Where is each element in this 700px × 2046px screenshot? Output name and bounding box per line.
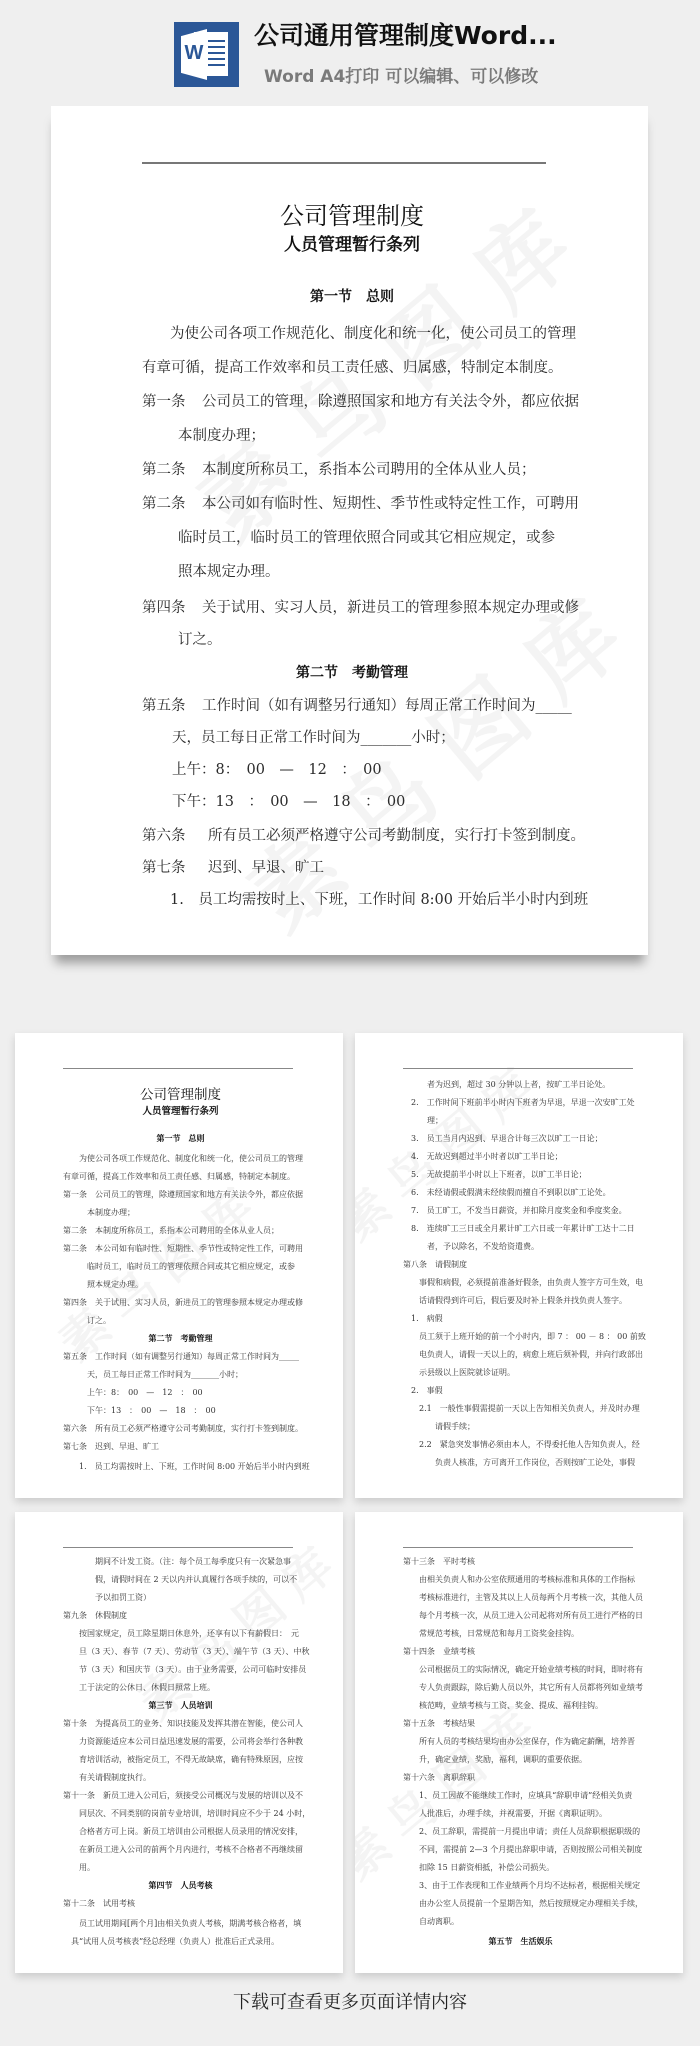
text-line: 请假手续；	[403, 1421, 475, 1432]
paragraph-line: 有章可循，提高工作效率和员工责任感、归属感，特制定本制度。	[142, 356, 563, 377]
text-line: 第九条 休假制度	[63, 1610, 127, 1621]
article-line: 天，员工每日正常工作时间为_______小时；	[172, 726, 455, 747]
text-line: 员工试用期间[两个月]由相关负责人考核，期满考核合格者，填	[63, 1918, 301, 1929]
article-line: 第一条公司员工的管理，除遵照国家和地方有关法令外，都应依据	[142, 390, 579, 411]
text-line: 7. 员工旷工，不发当日薪资，并扣除月度奖金和季度奖金。	[403, 1205, 627, 1216]
text-line: 专人负责跟踪，除后勤人员以外，其它所有人员都将列如业绩考	[403, 1682, 643, 1693]
text-line: 第二条 本制度所称员工，系指本公司聘用的全体从业人员；	[63, 1225, 279, 1236]
text-line: 第十一条 新员工进入公司后，须接受公司概况与发展的培训以及不	[63, 1790, 303, 1801]
text-line: 1、员工因故不能继续工作时，应填具“辞职申请”经相关负责	[403, 1790, 632, 1801]
text-line: 第四条 关于试用、实习人员，新进员工的管理参照本规定办理或修	[63, 1297, 303, 1308]
text-line: 节（3 天）和国庆节（3 天）。由于业务需要，公司可临时安排员	[63, 1664, 306, 1675]
section-heading: 第一节 总则	[142, 286, 562, 306]
schedule-pm: 下午：13 ： 00 — 18 ： 00	[172, 790, 405, 811]
text-line: 电负责人，请假一天以上的，病愈上班后须补假，并向行政部出	[403, 1349, 643, 1360]
thumbnail-page-4[interactable]: 素鸟图库 第十三条 平时考核 由相关负责人和办公室依照通用的考核标准和具体的工作…	[355, 1512, 683, 1973]
text-line: 第十四条 业绩考核	[403, 1646, 475, 1657]
article-line: 第五条工作时间（如有调整另行通知）每周正常工作时间为_____	[142, 694, 572, 715]
text-line: 第二条 本公司如有临时性、短期性、季节性或特定性工作，可聘用	[63, 1243, 303, 1254]
article-text: 本制度所称员工，系指本公司聘用的全体从业人员；	[202, 462, 536, 478]
section-heading: 第五节 生活娱乐	[403, 1936, 638, 1947]
article-line: 第二条本制度所称员工，系指本公司聘用的全体从业人员；	[142, 458, 536, 479]
text-line: 2. 事假	[403, 1385, 443, 1396]
section-heading: 第四节 人员考核	[63, 1880, 298, 1891]
header-rule	[142, 162, 546, 164]
text-line: 4. 无故迟到超过半小时者以旷工半日论；	[403, 1151, 563, 1162]
text-line: 第十条 为提高员工的业务、知识技能及发挥其潜在智能，使公司人	[63, 1718, 303, 1729]
text-line: 8. 连续旷工三日或全月累计旷工六日或一年累计旷工达十二日	[403, 1223, 635, 1234]
article-line: 第二条本公司如有临时性、短期性、季节性或特定性工作，可聘用	[142, 492, 579, 513]
article-text: 关于试用、实习人员，新进员工的管理参照本规定办理或修	[202, 600, 579, 616]
article-line: 第四条关于试用、实习人员，新进员工的管理参照本规定办理或修	[142, 596, 579, 617]
article-line: 第七条迟到、早退、旷工	[142, 856, 324, 877]
text-line: 事假和病假，必须提前准备好假条，由负责人签字方可生效，电	[403, 1277, 643, 1288]
thumbnail-page-3[interactable]: 素鸟图库 期间不计发工资。（注：每个员工每季度只有一次紧急事 假，请假时间在 2…	[15, 1512, 343, 1973]
text-line: 第六条 所有员工必须严格遵守公司考勤制度，实行打卡签到制度。	[63, 1423, 303, 1434]
article-label: 第一条	[142, 390, 202, 411]
text-line: 在新员工进入公司的前两个月内进行，考核不合格者不再继续留	[63, 1844, 303, 1855]
text-line: 旦（3 天）、春节（7 天）、劳动节（3 天）、端午节（3 天）、中秋	[63, 1646, 310, 1657]
text-line: 按国家规定，员工除星期日休息外，还享有以下有薪假日： 元	[63, 1628, 299, 1639]
text-line: 第七条 迟到、早退、旷工	[63, 1441, 159, 1452]
article-line: 订之。	[178, 628, 222, 649]
article-label: 第六条	[142, 824, 208, 845]
schedule-am: 上午：8： 00 — 12 ： 00	[172, 758, 382, 779]
word-letter: W	[183, 41, 205, 65]
text-line: 下午：13 ： 00 — 18 ： 00	[63, 1405, 216, 1416]
text-line: 2.1 一般性事假需提前一天以上告知相关负责人，并及时办理	[403, 1403, 640, 1414]
text-line: 天，员工每日正常工作时间为_______小时；	[63, 1369, 243, 1380]
text-line: 假，请假时间在 2 天以内并认真履行各项手续的，可以不	[63, 1574, 297, 1585]
text-line: 人批准后，办理手续，并视需要，开据《离职证明》。	[403, 1808, 607, 1819]
text-line: 话请假得到许可后，假后要及时补上假条并找负责人签字。	[403, 1295, 627, 1306]
watermark: 素鸟图库	[355, 1680, 556, 1892]
watermark: 素鸟图库	[355, 1041, 556, 1253]
text-line: 所有人员的考核结果均由办公室保存，作为确定薪酬，培养晋	[403, 1736, 635, 1747]
section-heading: 第二节 考勤管理	[63, 1333, 298, 1344]
text-line: 5. 无故提前半小时以上下班者，以旷工半日论；	[403, 1169, 587, 1180]
paragraph-line: 为使公司各项工作规范化、制度化和统一化，使公司员工的管理	[170, 322, 576, 343]
text-line: 工于法定的公休日、休假日照常上班。	[63, 1682, 215, 1693]
text-line: 第一条 公司员工的管理，除遵照国家和地方有关法令外，都应依据	[63, 1189, 303, 1200]
header-rule	[403, 1068, 633, 1069]
text-line: 员工须于上班开始的前一个小时内，即 7 ： 00 － 8 ： 00 前致	[403, 1331, 646, 1342]
text-line: 者，予以除名，不发给资遣费。	[403, 1241, 539, 1252]
text-line: 2.2 紧急突发事情必须由本人，不得委托他人告知负责人，经	[403, 1439, 640, 1450]
article-line: 第六条所有员工必须严格遵守公司考勤制度，实行打卡签到制度。	[142, 824, 585, 845]
document-title[interactable]: 公司通用管理制度Word...	[254, 16, 557, 52]
text-line: 由办公室人员提前一个星期告知，然后按照规定办理相关手续，	[403, 1898, 643, 1909]
article-label: 第七条	[142, 856, 208, 877]
text-line: 1. 员工均需按时上、下班，工作时间 8:00 开始后半小时内到班	[63, 1461, 310, 1472]
thumbnail-page-2[interactable]: 素鸟图库 者为迟到，超过 30 分钟以上者，按旷工半日论处。 2. 工作时间下班…	[355, 1033, 683, 1498]
text-line: 者为迟到，超过 30 分钟以上者，按旷工半日论处。	[403, 1079, 610, 1090]
text-line: 予以扣罚工资）	[63, 1592, 151, 1603]
thumbnail-page-1[interactable]: 素鸟图库 公司管理制度 人员管理暂行条列 第一节 总则 为使公司各项工作规范化、…	[15, 1033, 343, 1498]
document-subtitle: Word A4打印 可以编辑、可以修改	[264, 62, 538, 87]
text-line: 期间不计发工资。（注：每个员工每季度只有一次紧急事	[63, 1556, 291, 1567]
text-line: 1. 病假	[403, 1313, 443, 1324]
text-line: 负责人核准，方可离开工作岗位，否则按旷工论处，事假	[403, 1457, 635, 1468]
list-item: 1. 员工均需按时上、下班，工作时间 8:00 开始后半小时内到班	[170, 888, 588, 909]
text-line: 扣除 15 日薪资相抵，补偿公司损失。	[403, 1862, 554, 1873]
text-line: 有关请假制度执行。	[63, 1772, 151, 1783]
article-line: 本制度办理；	[178, 424, 265, 445]
text-line: 考核标准进行，主管及其以上人员每两个月考核一次，其他人员	[403, 1592, 643, 1603]
header-rule	[63, 1547, 293, 1548]
section-heading: 第二节 考勤管理	[142, 662, 562, 682]
text-line: 3. 员工当月内迟到、早退合计每三次以旷工一日论；	[403, 1133, 603, 1144]
text-line: 第十六条 离职辞职	[403, 1772, 475, 1783]
header: W 公司通用管理制度Word... Word A4打印 可以编辑、可以修改	[0, 0, 700, 100]
article-label: 第四条	[142, 596, 202, 617]
text-line: 升，确定业绩，奖励，福利，调职的重要依据。	[403, 1754, 587, 1765]
text-line: 示县级以上医院就诊证明。	[403, 1367, 515, 1378]
article-line: 照本规定办理。	[178, 560, 280, 581]
text-line: 为使公司各项工作规范化、制度化和统一化，使公司员工的管理	[63, 1153, 303, 1164]
doc-title: 公司管理制度	[63, 1083, 298, 1103]
article-text: 公司员工的管理，除遵照国家和地方有关法令外，都应依据	[202, 394, 579, 410]
text-line: 第五条 工作时间（如有调整另行通知）每周正常工作时间为_____	[63, 1351, 299, 1362]
header-rule	[63, 1068, 293, 1069]
text-line: 第十三条 平时考核	[403, 1556, 475, 1567]
text-line: 有章可循，提高工作效率和员工责任感、归属感，特制定本制度。	[63, 1171, 295, 1182]
text-line: 照本规定办理。	[63, 1279, 143, 1290]
text-line: 育培训活动，被指定员工，不得无故缺席，确有特殊原因，应按	[63, 1754, 303, 1765]
text-line: 本制度办理；	[63, 1207, 135, 1218]
text-line: 上午：8： 00 — 12 ： 00	[63, 1387, 203, 1398]
article-label: 第二条	[142, 458, 202, 479]
doc-title: 公司管理制度	[142, 196, 562, 231]
text-line: 同层次、不同类别的岗前专业培训，培训时间应不少于 24 小时，	[63, 1808, 310, 1819]
section-heading: 第三节 人员培训	[63, 1700, 298, 1711]
text-line: 6. 未经请假或假满未经续假而擅自不到职以旷工论处。	[403, 1187, 611, 1198]
article-text: 工作时间（如有调整另行通知）每周正常工作时间为_____	[202, 698, 572, 714]
text-line: 公司根据员工的实际情况，确定开始业绩考核的时间，即时将有	[403, 1664, 643, 1675]
article-text: 迟到、早退、旷工	[208, 860, 324, 876]
doc-subtitle: 人员管理暂行条列	[142, 230, 562, 255]
text-line: 2. 工作时间下班前半小时内下班者为早退，早退一次安旷工处	[403, 1097, 635, 1108]
text-line: 第十二条 试用考核	[63, 1898, 135, 1909]
text-line: 临时员工，临时员工的管理依照合同或其它相应规定，或参	[63, 1261, 295, 1272]
text-line: 用。	[63, 1862, 95, 1873]
word-doc-icon: W	[174, 22, 239, 87]
text-line: 第十五条 考核结果	[403, 1718, 475, 1729]
text-line: 合格者方可上岗。新员工培训由公司根据人员录用的情况安排，	[63, 1826, 303, 1837]
article-text: 本公司如有临时性、短期性、季节性或特定性工作，可聘用	[202, 496, 579, 512]
doc-subtitle: 人员管理暂行条列	[63, 1103, 298, 1117]
article-label: 第五条	[142, 694, 202, 715]
article-text: 所有员工必须严格遵守公司考勤制度，实行打卡签到制度。	[208, 828, 585, 844]
text-line: 自动离职。	[403, 1916, 459, 1927]
text-line: 理；	[403, 1115, 443, 1126]
text-line: 不同，需提前 2—3 个月提出辞职申请，否则按照公司相关制度	[403, 1844, 642, 1855]
text-line: 第八条 请假制度	[403, 1259, 467, 1270]
text-line: 核范畴，业绩考核与工资、奖金、提成、福利挂钩。	[403, 1700, 603, 1711]
text-line: 由相关负责人和办公室依照通用的考核标准和具体的工作指标	[403, 1574, 635, 1585]
text-line: 订之。	[63, 1315, 111, 1326]
article-label: 第二条	[142, 492, 202, 513]
main-page-preview: 素鸟图库 素鸟图库 公司管理制度 人员管理暂行条列 第一节 总则 为使公司各项工…	[51, 106, 648, 955]
text-line: 每个月考核一次，从员工进入公司起将对所有员工进行严格的日	[403, 1610, 643, 1621]
text-line: 2、员工辞职，需提前一月提出申请；责任人员辞职根据职级的	[403, 1826, 640, 1837]
text-line: 力资源能适应本公司日益迅速发展的需要，公司将会举行各种教	[63, 1736, 303, 1747]
text-line: 具“试用人员考核表”经总经理（负责人）批准后正式录用。	[63, 1936, 279, 1947]
text-line: 3、由于工作表现和工作业绩两个月均不达标者，根据相关规定	[403, 1880, 640, 1891]
article-line: 临时员工，临时员工的管理依照合同或其它相应规定，或参	[178, 526, 555, 547]
text-line: 常规范考核，日常规范和每月工资奖金挂钩。	[403, 1628, 579, 1639]
section-heading: 第一节 总则	[63, 1133, 298, 1144]
download-more-link[interactable]: 下载可查看更多页面详情内容	[0, 1988, 700, 2014]
header-rule	[403, 1547, 633, 1548]
